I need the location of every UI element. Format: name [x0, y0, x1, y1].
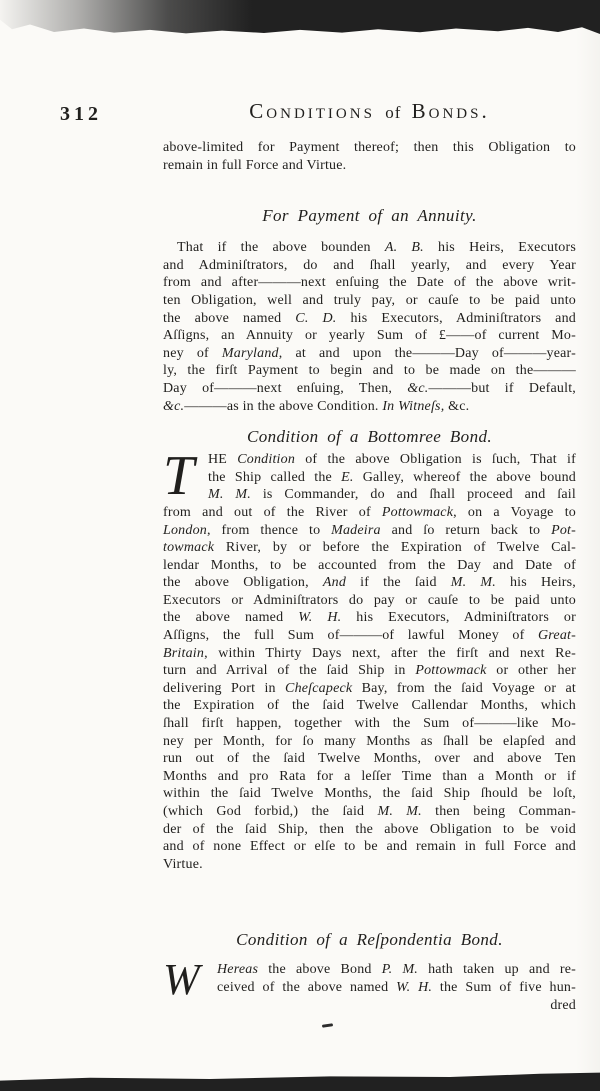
section-heading: Condition of a Bottomree Bond. — [163, 426, 576, 448]
scan-artifact-top — [0, 0, 600, 34]
text-line: lendar Months, to be accounted from the … — [163, 557, 576, 575]
section-heading: For Payment of an Annuity. — [163, 205, 576, 227]
text-line: Virtue. — [163, 856, 576, 874]
text-line: Aſſigns, an Annuity or yearly Sum of £——… — [163, 327, 576, 345]
scan-artifact-bottom — [0, 1071, 600, 1091]
book-page: 312 Conditions of Bonds. above-limited f… — [0, 0, 600, 1091]
paragraph: THE Condition of the above Obligation is… — [163, 451, 576, 873]
paragraph: WHereas the above Bond P. M. hath taken … — [163, 961, 576, 1014]
text-line: (which God forbid,) the ſaid M. M. then … — [163, 803, 576, 821]
running-header: Conditions of Bonds. — [163, 98, 576, 126]
text-line: the Ship called the E. Galley, whereof t… — [163, 469, 576, 487]
text-line: towmack River, by or before the Expirati… — [163, 539, 576, 557]
text-line: &c.———as in the above Condition. In Witn… — [163, 398, 576, 416]
text-line: from and after———next enſuing the Date o… — [163, 274, 576, 292]
paragraph: above-limited for Payment thereof; then … — [163, 139, 576, 174]
text-line: Day of———next enſuing, Then, &c.———but i… — [163, 380, 576, 398]
text-line: the above Obligation, And if the ſaid M.… — [163, 574, 576, 592]
text-line: ſhall firſt happen, together with the Su… — [163, 715, 576, 733]
catchword: dred — [163, 997, 576, 1015]
text-line: HE Condition of the above Obligation is … — [163, 451, 576, 469]
text-line: That if the above bounden A. B. his Heir… — [163, 239, 576, 257]
text-line: and of none Effect or elſe to be and rem… — [163, 838, 576, 856]
text-line: the above named C. D. his Executors, Adm… — [163, 310, 576, 328]
paragraph: That if the above bounden A. B. his Heir… — [163, 239, 576, 415]
text-line: der of the ſaid Ship, then the above Obl… — [163, 821, 576, 839]
text-line: ney of Maryland, at and upon the———Day o… — [163, 345, 576, 363]
text-line: run out of the ſaid Twelve Months, over … — [163, 750, 576, 768]
text-line: Britain, within Thirty Days next, after … — [163, 645, 576, 663]
running-header-word: of — [385, 103, 401, 122]
content-flow: above-limited for Payment thereof; then … — [163, 139, 576, 1014]
text-line: above-limited for Payment thereof; then … — [163, 139, 576, 157]
text-line: ceived of the above named W. H. the Sum … — [163, 979, 576, 997]
text-line: Executors or Adminiſtrators do pay or ca… — [163, 592, 576, 610]
running-header-word: Conditions — [249, 99, 375, 123]
text-line: delivering Port in Cheſcapeck Bay, from … — [163, 680, 576, 698]
page-number: 312 — [60, 103, 102, 126]
running-header-word: Bonds. — [412, 99, 490, 123]
text-line: Months and pro Rata for a leſſer Time th… — [163, 768, 576, 786]
text-line: ly, the firſt Payment to begin and to be… — [163, 362, 576, 380]
text-line: ten Obligation, well and truly pay, or c… — [163, 292, 576, 310]
text-line: Hereas the above Bond P. M. hath taken u… — [163, 961, 576, 979]
text-line: the Expiration of the ſaid Twelve Callen… — [163, 697, 576, 715]
page-content: Conditions of Bonds. above-limited for P… — [163, 98, 576, 1014]
text-line: the above named W. H. his Executors, Adm… — [163, 609, 576, 627]
text-line: and Adminiſtrators, do and ſhall yearly,… — [163, 257, 576, 275]
text-line: London, from thence to Madeira and ſo re… — [163, 522, 576, 540]
drop-cap: T — [163, 452, 203, 502]
text-line: from and out of the River of Pottowmack,… — [163, 504, 576, 522]
drop-cap: W — [163, 961, 213, 995]
ink-smudge — [322, 1023, 333, 1028]
text-line: M. M. is Commander, do and ſhall proceed… — [163, 486, 576, 504]
text-line: remain in full Force and Virtue. — [163, 157, 576, 175]
text-line: turn and Arrival of the ſaid Ship in Pot… — [163, 662, 576, 680]
text-line: Aſſigns, the full Sum of———of lawful Mon… — [163, 627, 576, 645]
text-line: ney per Month, for ſo many Months as ſha… — [163, 733, 576, 751]
text-line: within the ſaid Twelve Months, the ſaid … — [163, 785, 576, 803]
section-heading: Condition of a Reſpondentia Bond. — [163, 929, 576, 951]
